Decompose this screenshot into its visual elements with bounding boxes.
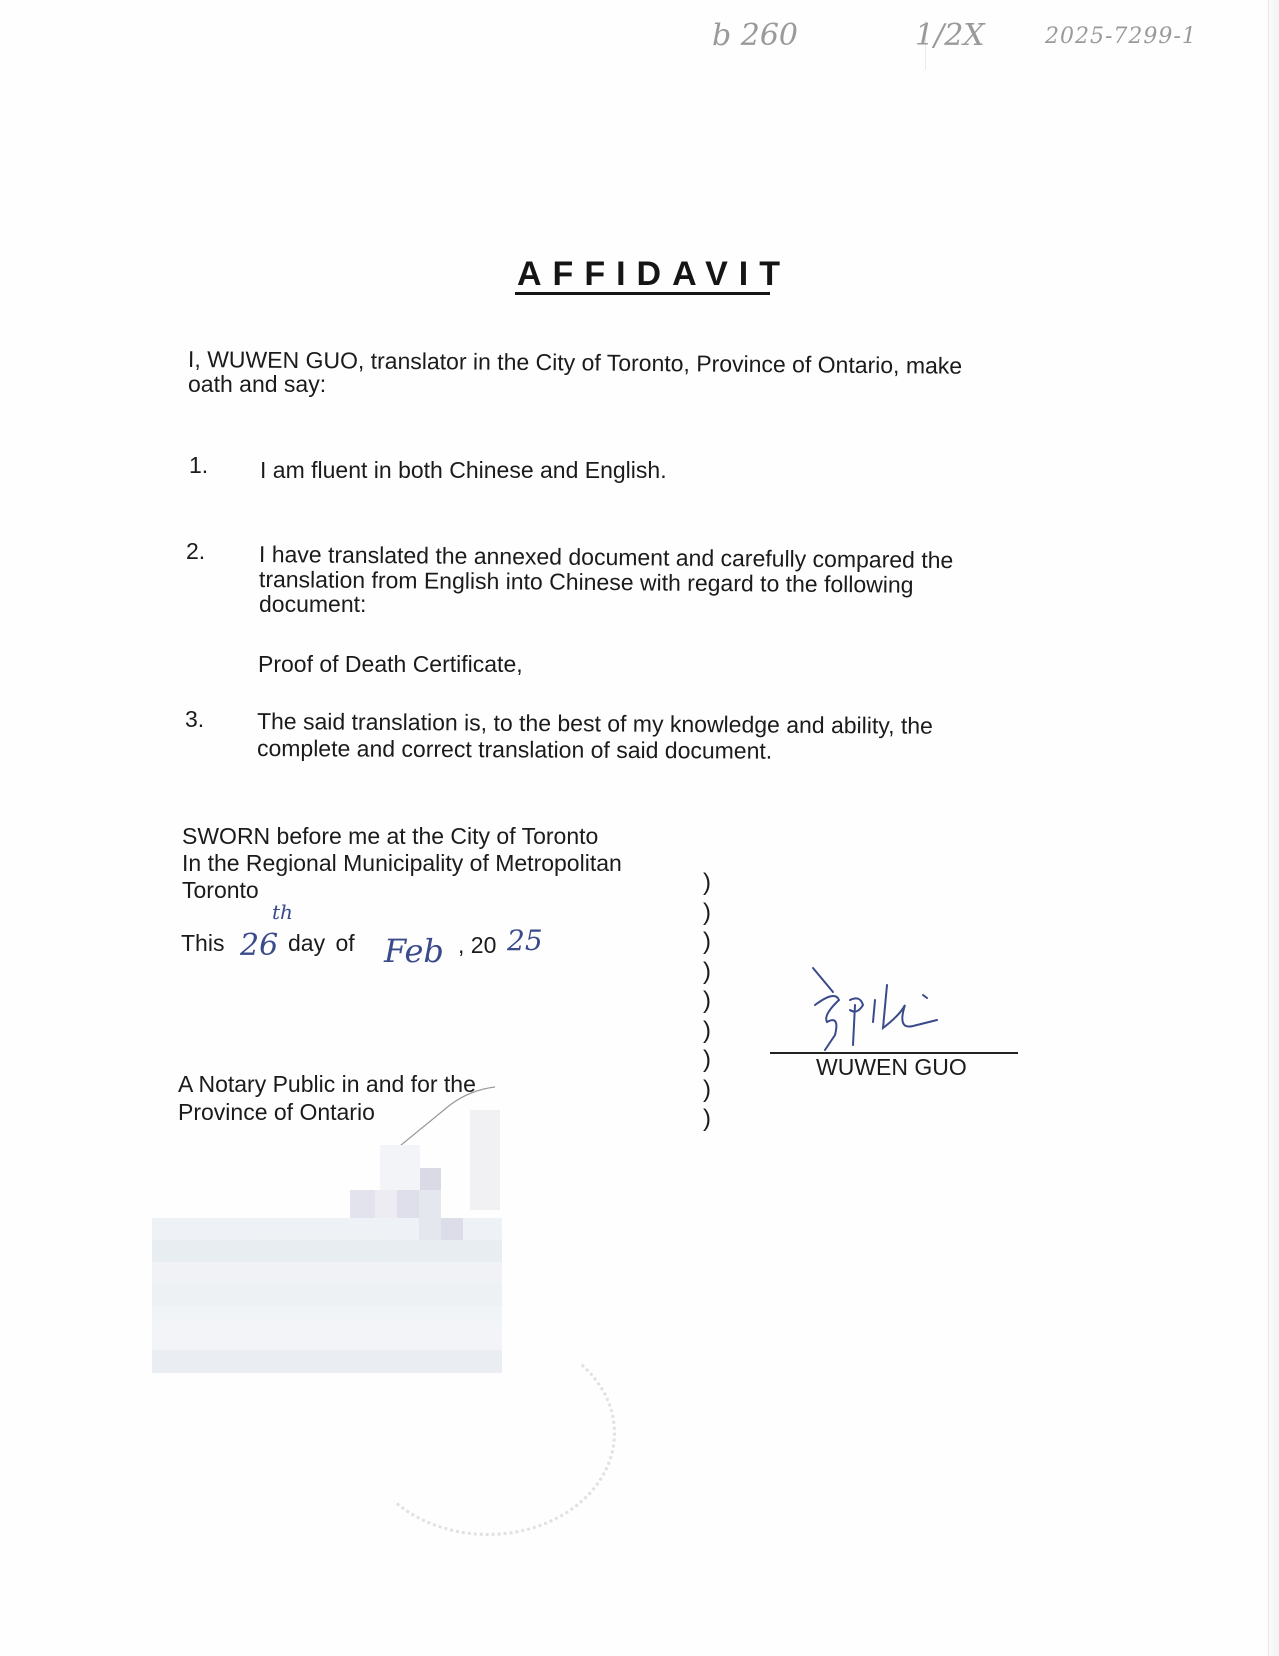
date-prefix: This <box>181 930 224 956</box>
translated-document-name: Proof of Death Certificate, <box>258 651 523 677</box>
bracket-glyph: ) <box>703 868 723 898</box>
date-day-label: day of <box>288 930 355 956</box>
bracket-glyph: ) <box>703 1104 723 1134</box>
item-3-number: 3. <box>185 706 204 733</box>
bracket-column: ))))))))) <box>703 868 723 1134</box>
item-2-number: 2. <box>186 538 205 565</box>
handwritten-day-suffix: th <box>272 900 293 924</box>
redaction-pixel <box>375 1190 397 1218</box>
handwritten-year: 25 <box>507 924 543 957</box>
item-1-text: I am fluent in both Chinese and English. <box>260 457 667 483</box>
jurat-line-3: Toronto <box>182 877 259 903</box>
item-1-number: 1. <box>189 452 208 479</box>
bracket-glyph: ) <box>703 898 723 928</box>
redaction-pixel <box>419 1168 441 1190</box>
intro-line-2: oath and say: <box>188 371 326 397</box>
item-3-line-2: complete and correct translation of said… <box>257 735 772 764</box>
embossed-seal <box>360 1330 616 1536</box>
affidavit-page: b 260 1/2X 2025-7299-1 AFFIDAVIT I, WUWE… <box>0 0 1279 1656</box>
handwritten-note-3: 2025-7299-1 <box>1045 24 1197 49</box>
bracket-glyph: ) <box>703 1075 723 1105</box>
handwritten-month: Feb <box>384 932 444 970</box>
redaction-pixel <box>419 1190 441 1240</box>
handwritten-day: 26 <box>240 928 278 963</box>
handwritten-note-2: 1/2X <box>915 18 985 53</box>
item-3-line-1: The said translation is, to the best of … <box>257 708 933 739</box>
handwritten-note-1: b 260 <box>712 18 798 53</box>
jurat-line-1: SWORN before me at the City of Toronto <box>182 823 598 849</box>
redaction-pixel <box>380 1145 420 1190</box>
bracket-glyph: ) <box>703 927 723 957</box>
redaction-pixel <box>441 1218 463 1240</box>
title-underline <box>515 292 770 295</box>
redaction-pixel <box>350 1190 375 1218</box>
redaction-pixel <box>397 1190 419 1218</box>
signer-name: WUWEN GUO <box>816 1054 967 1080</box>
item-2-line-3: document: <box>259 591 366 617</box>
bracket-glyph: ) <box>703 957 723 987</box>
bracket-glyph: ) <box>703 986 723 1016</box>
bracket-glyph: ) <box>703 1045 723 1075</box>
signature-scribble <box>805 960 975 1055</box>
scan-artifact-line <box>1268 0 1269 1656</box>
redaction-pixel <box>470 1110 500 1210</box>
document-title: AFFIDAVIT <box>517 255 791 294</box>
jurat-line-2: In the Regional Municipality of Metropol… <box>182 850 622 876</box>
notary-line-2: Province of Ontario <box>178 1099 375 1125</box>
date-year-prefix: , 20 <box>458 932 496 958</box>
bracket-glyph: ) <box>703 1016 723 1046</box>
